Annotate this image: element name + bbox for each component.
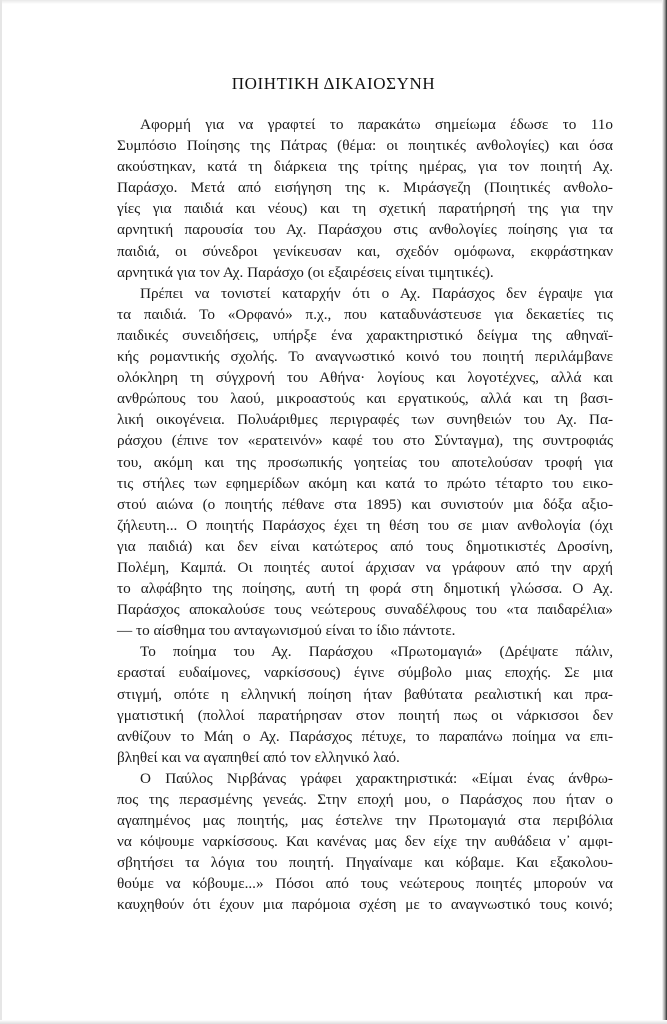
text-line: το αλφάβητο της ποίησης, αυτή τη φορά στ… (117, 578, 613, 599)
text-line: — το αίσθημα του ανταγωνισμού είναι το ί… (117, 620, 613, 641)
text-line: θούμε να κόβουμε...» Πόσοι από τους νεώτ… (117, 873, 613, 894)
text-line: στού αιώνα (ο ποιητής πέθανε στα 1895) κ… (117, 494, 613, 515)
text-line: παιδικές συνειδήσεις, υπήρξε ένα χαρακτη… (117, 325, 613, 346)
text-line: Πρέπει να τονιστεί καταρχήν ότι ο Αχ. Πα… (117, 283, 613, 304)
text-line: να κόψουμε ναρκίσσους. Και κανένας μας δ… (117, 831, 613, 852)
page-title: ΠΟΙΗΤΙΚΗ ΔΙΚΑΙΟΣΥΝΗ (0, 74, 667, 94)
text-line: ακούστηκαν, κατά τη διάρκεια της τρίτης … (117, 156, 613, 177)
text-line: Παράσχο. Μετά από εισήγηση της κ. Μιράσγ… (117, 177, 613, 198)
paragraph-1: Αφορμή για να γραφτεί το παρακάτω σημείω… (117, 114, 613, 283)
text-line: Συμπόσιο Ποίησης της Πάτρας (θέμα: οι πο… (117, 135, 613, 156)
text-line: σβητήσει τα λόγια του ποιητή. Πηγαίναμε … (117, 852, 613, 873)
text-line: αρνητική παρουσία του Αχ. Παράσχου στις … (117, 219, 613, 240)
text-line: ερασταί ευδαίμονες, ναρκίσσους) έγινε σύ… (117, 662, 613, 683)
page-left-edge (0, 0, 2, 1024)
text-line: για παιδιά) και δεν είναι κατώτερος από … (117, 536, 613, 557)
text-line: γματιστική (πολλοί παρατήρησαν στον ποιη… (117, 705, 613, 726)
page-bottom-shade (0, 1020, 667, 1024)
text-line: τα παιδιά. Το «Ορφανό» π.χ., που καταδυν… (117, 304, 613, 325)
text-line: Ο Παύλος Νιρβάνας γράφει χαρακτηριστικά:… (117, 768, 613, 789)
text-line: Το ποίημα του Αχ. Παράσχου «Πρωτομαγιά» … (117, 641, 613, 662)
page-right-edge-shadow (662, 0, 667, 1024)
text-line: κής ρομαντικής σχολής. Το αναγνωστικό κο… (117, 346, 613, 367)
text-line: ανθίζουν το Μάη ο Αχ. Παράσχος πέτυχε, τ… (117, 726, 613, 747)
page-top-shade (0, 0, 667, 4)
body-text: Αφορμή για να γραφτεί το παρακάτω σημείω… (117, 114, 613, 916)
text-line: γίες για παιδιά και νέους) και τη σχετικ… (117, 198, 613, 219)
text-line: ράσχου (έπινε τον «ερατεινόν» καφέ του σ… (117, 430, 613, 451)
paragraph-2: Πρέπει να τονιστεί καταρχήν ότι ο Αχ. Πα… (117, 283, 613, 642)
text-line: ανθρώπους του λαού, μικροαστούς και εργα… (117, 388, 613, 409)
text-line: αρνητικά για τον Αχ. Παράσχο (οι εξαιρέσ… (117, 262, 613, 283)
text-line: καυχηθούν ότι έχουν μια παρόμοια σχέση μ… (117, 894, 613, 915)
text-line: βληθεί και να αγαπηθεί από τον ελληνικό … (117, 747, 613, 768)
text-line: του, ακόμη και της προσωπικής γοητείας τ… (117, 452, 613, 473)
text-line: στιγμή, οπότε η ελληνική ποίηση ήταν βαθ… (117, 684, 613, 705)
text-line: Αφορμή για να γραφτεί το παρακάτω σημείω… (117, 114, 613, 135)
text-line: παιδιά, οι σύνεδροι γενίκευσαν και, σχεδ… (117, 241, 613, 262)
text-line: αγαπημένος μας ποιητής, μας έστελνε την … (117, 810, 613, 831)
text-line: πος της περασμένης γενεάς. Στην εποχή μο… (117, 789, 613, 810)
text-line: ζήλευτη... Ο ποιητής Παράσχος έχει τη θέ… (117, 515, 613, 536)
text-line: λική οικογένεια. Πολυάριθμες περιγραφές … (117, 409, 613, 430)
text-line: ολόκληρη τη σύγχρονή του Αθήνα· λογίους … (117, 367, 613, 388)
paragraph-4: Ο Παύλος Νιρβάνας γράφει χαρακτηριστικά:… (117, 768, 613, 916)
text-line: τις στήλες των εφημερίδων ακόμη και κατά… (117, 473, 613, 494)
text-line: Πολέμη, Καμπά. Οι ποιητές αυτοί άρχισαν … (117, 557, 613, 578)
text-line: Παράσχος αποκαλούσε τους νεώτερους συναδ… (117, 599, 613, 620)
paragraph-3: Το ποίημα του Αχ. Παράσχου «Πρωτομαγιά» … (117, 641, 613, 768)
